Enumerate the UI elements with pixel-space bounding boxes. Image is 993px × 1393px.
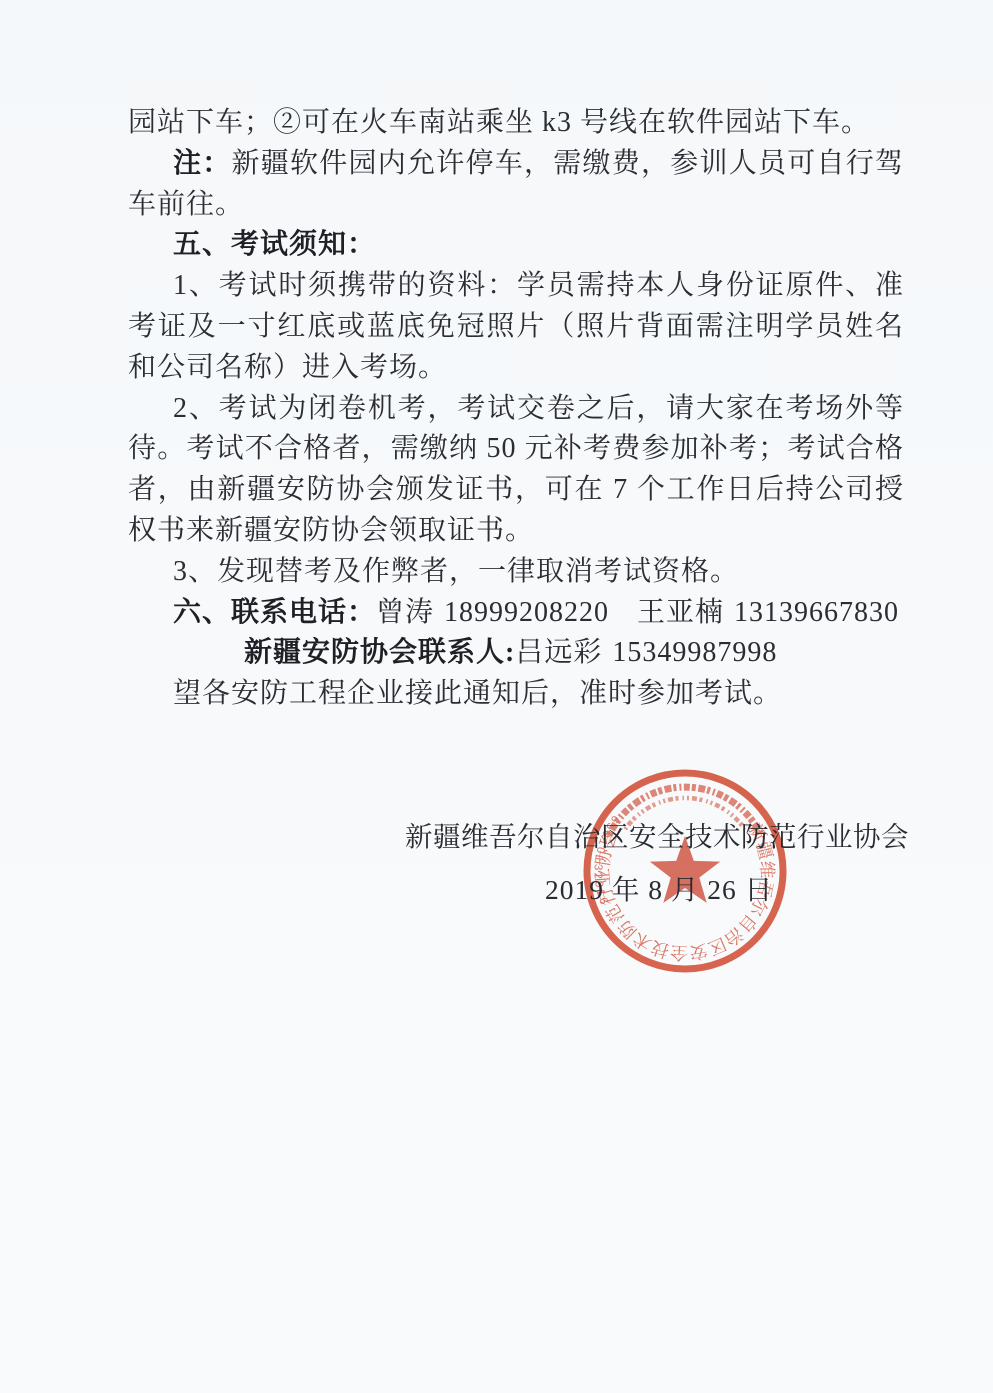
assoc-contact-phone: 15349987998: [612, 637, 777, 668]
paragraph-item-1: 1、考试时须携带的资料：学员需持本人身份证原件、准考证及一寸红底或蓝底免冠照片（…: [128, 266, 904, 388]
document-page: 园站下车；②可在火车南站乘坐 k3 号线在软件园站下车。 注：新疆软件园内允许停…: [0, 0, 993, 1393]
paragraph-text: 园站下车；②可在火车南站乘坐 k3 号线在软件园站下车。: [128, 107, 870, 138]
contact-1-phone: 18999208220: [444, 597, 609, 628]
note-label: 注：: [173, 148, 232, 179]
contact-2-phone: 13139667830: [734, 597, 899, 628]
paragraph-item-3: 3、发现替考及作弊者，一律取消考试资格。: [128, 552, 904, 593]
signature-date: 2019 年 8 月 26 日: [545, 867, 773, 907]
contact-2-name: 王亚楠: [637, 597, 724, 628]
assoc-contact-name: 吕远彩: [515, 637, 602, 668]
note-text: 新疆软件园内允许停车，需缴费，参训人员可自行驾车前往。: [128, 148, 904, 220]
paragraph-note: 注：新疆软件园内允许停车，需缴费，参训人员可自行驾车前往。: [128, 144, 904, 226]
paragraph-continued: 园站下车；②可在火车南站乘坐 k3 号线在软件园站下车。: [128, 103, 904, 144]
paragraph-closing: 望各安防工程企业接此通知后，准时参加考试。: [128, 674, 904, 715]
signature-organization: 新疆维吾尔自治区安全技术防范行业协会: [405, 814, 909, 854]
paragraph-contacts: 六、联系电话：曾涛18999208220王亚楠13139667830: [128, 593, 904, 634]
notice-body: 园站下车；②可在火车南站乘坐 k3 号线在软件园站下车。 注：新疆软件园内允许停…: [128, 103, 904, 715]
paragraph-item-2: 2、考试为闭卷机考，考试交卷之后，请大家在考场外等待。考试不合格者，需缴纳 50…: [128, 389, 904, 552]
section-6-label: 六、联系电话：: [173, 597, 376, 628]
assoc-contact-label: 新疆安防协会联系人:: [244, 637, 515, 668]
contact-1-name: 曾涛: [376, 597, 434, 628]
section-5-heading: 五、考试须知：: [128, 225, 904, 266]
paragraph-assoc-contact: 新疆安防协会联系人:吕远彩15349987998: [128, 633, 904, 674]
